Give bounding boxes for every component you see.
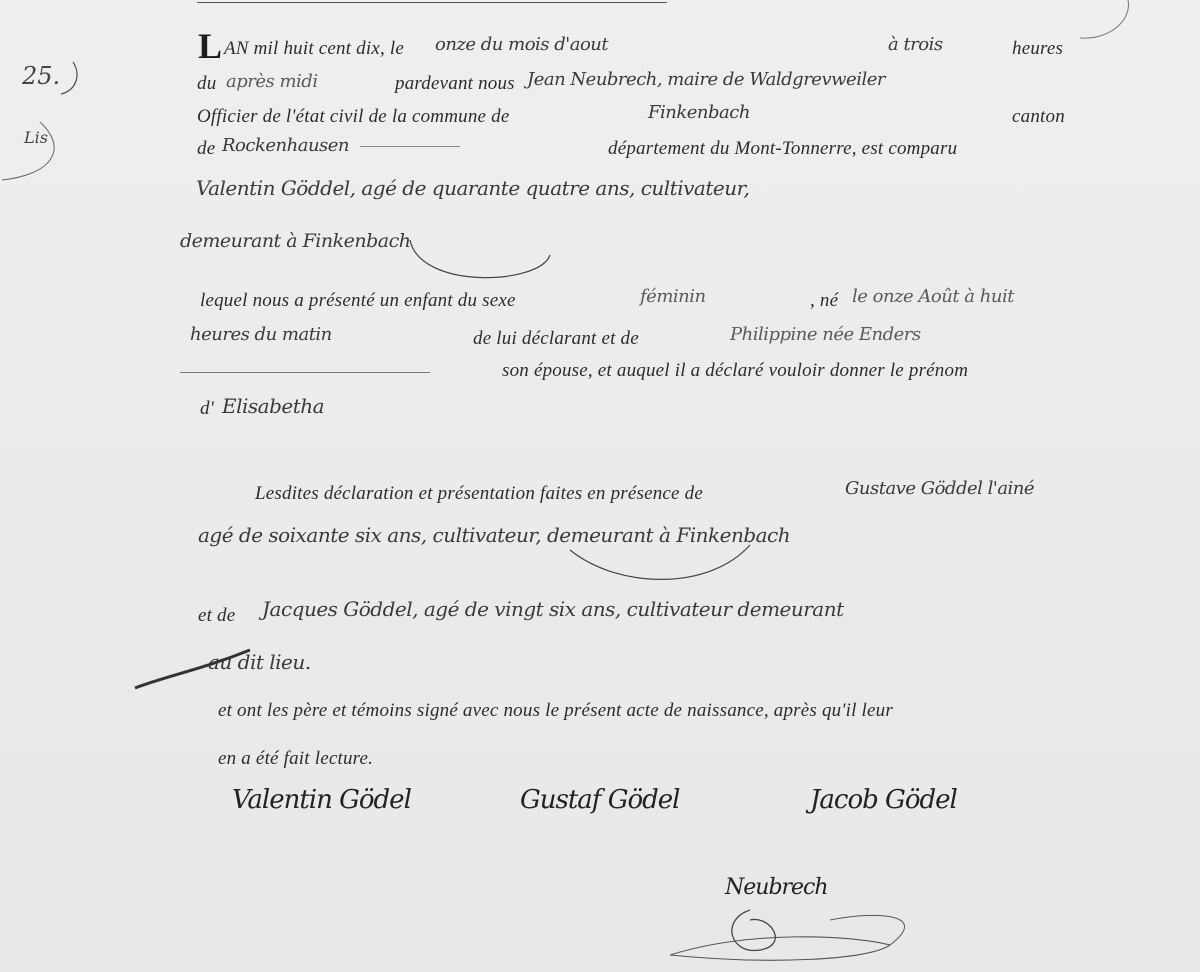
witness2-flourish-icon [130, 630, 270, 700]
line3-hand-commune: Finkenbach [648, 102, 750, 123]
line15-print-a: et ont les père et témoins signé avec no… [218, 700, 893, 722]
line1-print-a: AN mil huit cent dix, le [224, 38, 404, 60]
signature-witness1: Gustaf Gödel [520, 785, 679, 815]
mayor-paraph-icon [650, 890, 930, 970]
line1-hand-hour: à trois [888, 34, 943, 55]
civil-record-page: 25. Lis L AN mil huit cent dix, le onze … [0, 0, 1200, 972]
line11-print-a: Lesdites déclaration et présentation fai… [255, 483, 703, 505]
line7-print-a: lequel nous a présenté un enfant du sexe [200, 290, 516, 312]
line2-hand-mayor: Jean Neubrech, maire de Waldgrevweiler [527, 69, 885, 90]
line4-hand-canton: Rockenhausen [222, 135, 349, 156]
line7-print-b: , né [810, 290, 838, 312]
corner-flourish-icon [1080, 0, 1140, 50]
line8-hand-birthhour: heures du matin [190, 324, 332, 345]
line9-print-a: son épouse, et auquel il a déclaré voulo… [502, 360, 968, 382]
drop-cap: L [198, 28, 222, 64]
line3-print-a: Officier de l'état civil de la commune d… [197, 106, 509, 128]
line8-hand-mother: Philippine née Enders [730, 324, 921, 345]
line3-print-b: canton [1012, 106, 1065, 128]
line1-hand-date: onze du mois d'aout [435, 34, 608, 55]
line7-hand-sex: féminin [640, 286, 706, 307]
line4-print-b: département du Mont-Tonnerre, est compar… [608, 138, 957, 160]
witness1-flourish-icon [560, 540, 760, 600]
signature-witness2: Jacob Gödel [810, 785, 957, 815]
line2-hand-time: après midi [226, 71, 318, 92]
line2-print-a: du [197, 73, 216, 95]
line16-print-a: en a été fait lecture. [218, 748, 373, 770]
line11-hand-witness1: Gustave Göddel l'ainé [845, 478, 1034, 499]
line7-hand-birthdate: le onze Août à huit [852, 286, 1014, 307]
line4-rule [360, 146, 460, 147]
line13-hand-witness2: Jacques Göddel, agé de vingt six ans, cu… [262, 597, 844, 621]
margin-bracket-icon [55, 60, 85, 100]
top-rule [197, 2, 667, 3]
line13-print-a: et de [198, 605, 235, 627]
line4-print-a: de [197, 138, 215, 160]
margin-flourish-icon [0, 120, 70, 190]
line9-rule [180, 372, 430, 373]
line1-print-b: heures [1012, 38, 1063, 60]
line10-hand-firstname: Elisabetha [222, 394, 324, 418]
signature-father: Valentin Gödel [232, 785, 411, 815]
line5-hand-father: Valentin Göddel, agé de quarante quatre … [196, 176, 749, 200]
residence-flourish-icon [300, 230, 560, 290]
line2-print-b: pardevant nous [395, 73, 515, 95]
line10-print-a: d' [200, 398, 214, 420]
line8-print-a: de lui déclarant et de [473, 328, 639, 350]
